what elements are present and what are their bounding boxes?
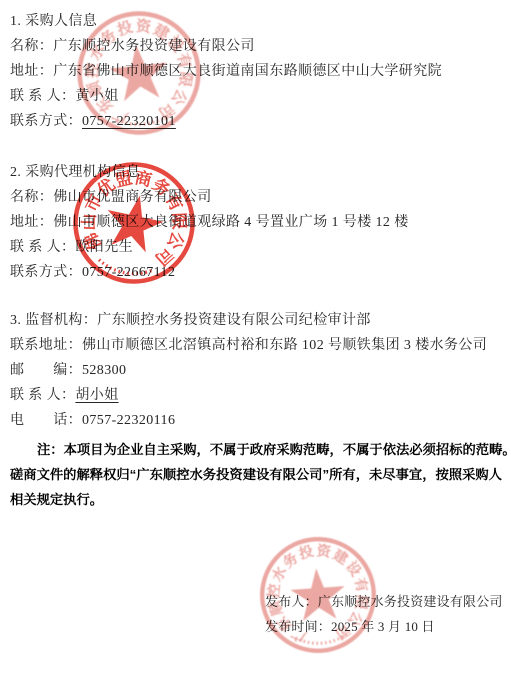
- purchaser-phone-line: 联系方式：0757-22320101: [10, 109, 509, 134]
- supervisor-contact-label: 联 系 人：: [10, 388, 75, 403]
- purchaser-phone-value: 0757-22320101: [82, 114, 176, 129]
- agency-section-title: 2. 采购代理机构信息: [10, 160, 509, 185]
- procurement-announcement-page: 1. 采购人信息 名称：广东顺控水务投资建设有限公司 地址：广东省佛山市顺德区大…: [0, 0, 511, 675]
- supervisor-contact-value: 胡小姐: [75, 388, 118, 403]
- section-purchaser-info: 1. 采购人信息 名称：广东顺控水务投资建设有限公司 地址：广东省佛山市顺德区大…: [10, 9, 509, 134]
- note-line-2: 磋商文件的解释权归“广东顺控水务投资建设有限公司”所有，未尽事宜，按照采购人: [10, 462, 509, 487]
- agency-name-line: 名称：佛山市优盟商务有限公司: [10, 185, 509, 210]
- document-content: 1. 采购人信息 名称：广东顺控水务投资建设有限公司 地址：广东省佛山市顺德区大…: [10, 9, 509, 639]
- supervisor-contact-line: 联 系 人：胡小姐: [10, 383, 509, 408]
- publish-date-line: 发布时间：2025 年 3 月 10 日: [265, 614, 509, 639]
- publisher-line: 发布人：广东顺控水务投资建设有限公司: [265, 589, 509, 614]
- note-line-3: 相关规定执行。: [10, 487, 509, 512]
- note-line-1: 注：本项目为企业自主采购，不属于政府采购范畴，不属于依法必须招标的范畴。: [10, 437, 509, 462]
- agency-address-line: 地址：佛山市顺德区大良街道观绿路 4 号置业广场 1 号楼 12 楼: [10, 210, 509, 235]
- note-paragraph: 注：本项目为企业自主采购，不属于政府采购范畴，不属于依法必须招标的范畴。 磋商文…: [10, 437, 509, 512]
- agency-contact-line: 联 系 人：欧阳先生: [10, 235, 509, 260]
- supervisor-section-title: 3. 监督机构：广东顺控水务投资建设有限公司纪检审计部: [10, 308, 509, 333]
- section-agency-info: 2. 采购代理机构信息 名称：佛山市优盟商务有限公司 地址：佛山市顺德区大良街道…: [10, 160, 509, 285]
- purchaser-address-line: 地址：广东省佛山市顺德区大良街道南国东路顺德区中山大学研究院: [10, 59, 509, 84]
- agency-phone-line: 联系方式：0757-22667112: [10, 260, 509, 285]
- purchaser-name-line: 名称：广东顺控水务投资建设有限公司: [10, 34, 509, 59]
- purchaser-section-title: 1. 采购人信息: [10, 9, 509, 34]
- supervisor-address-line: 联系地址：佛山市顺德区北滘镇高村裕和东路 102 号顺铁集团 3 楼水务公司: [10, 333, 509, 358]
- section-supervisor-info: 3. 监督机构：广东顺控水务投资建设有限公司纪检审计部 联系地址：佛山市顺德区北…: [10, 308, 509, 433]
- purchaser-phone-label: 联系方式：: [10, 114, 82, 129]
- supervisor-zip-line: 邮 编：528300: [10, 358, 509, 383]
- footer-block: 发布人：广东顺控水务投资建设有限公司 发布时间：2025 年 3 月 10 日: [265, 589, 509, 639]
- supervisor-phone-line: 电 话：0757-22320116: [10, 408, 509, 433]
- purchaser-contact-line: 联 系 人：黄小姐: [10, 84, 509, 109]
